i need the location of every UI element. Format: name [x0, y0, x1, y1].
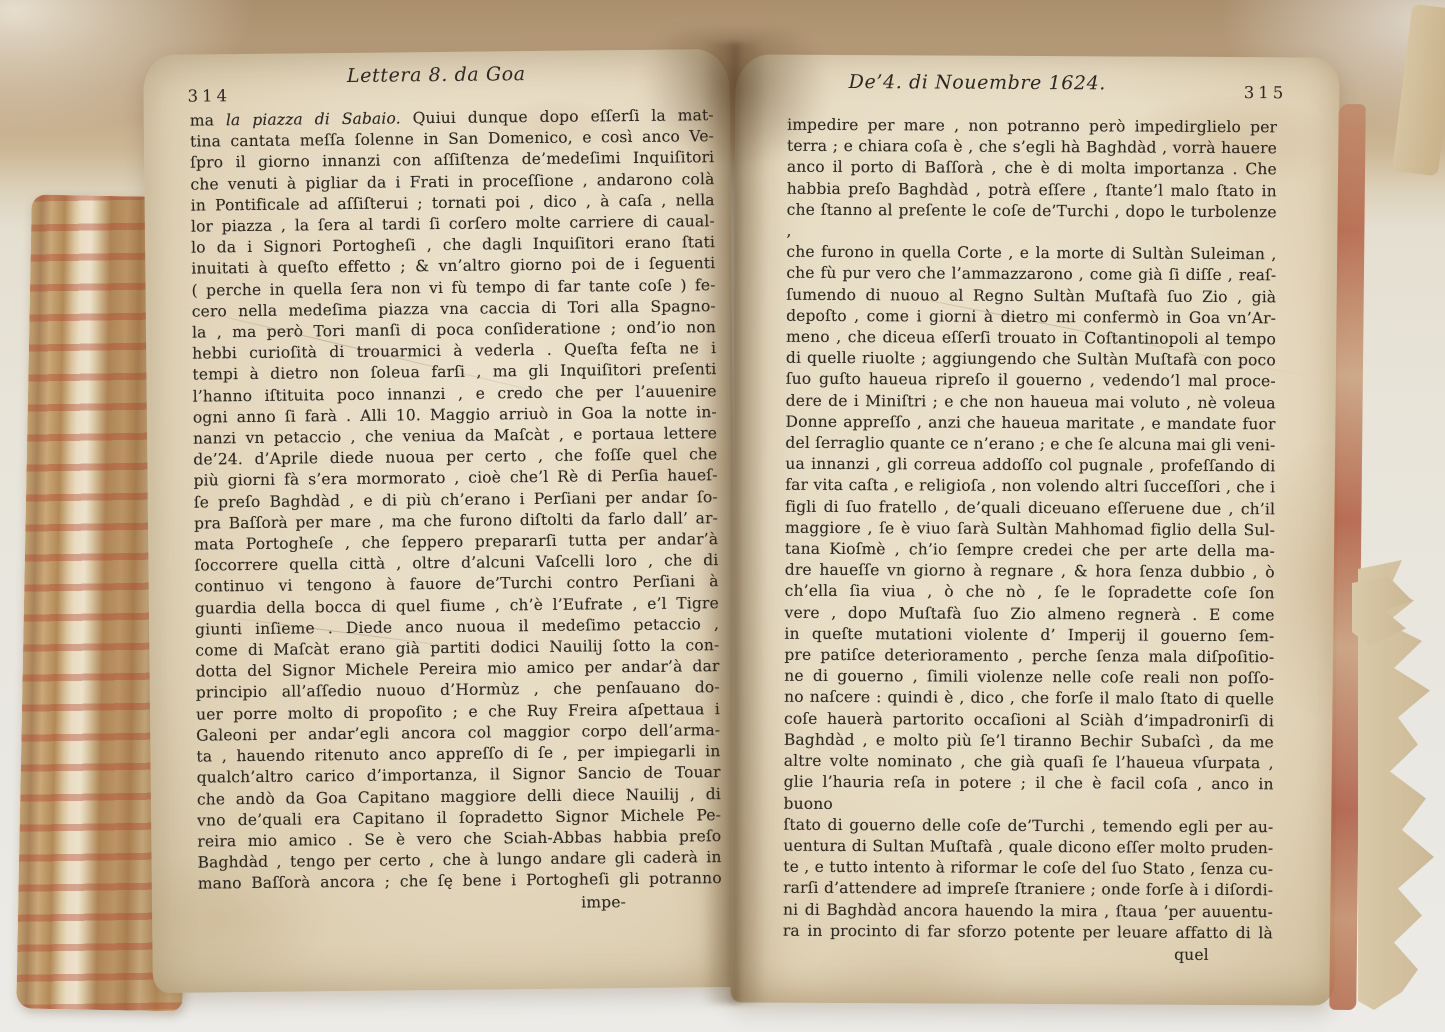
text-line: impedire per mare , non potranno però im…	[787, 115, 1277, 139]
right-text-lines: impedire per mare , non potranno però im…	[783, 115, 1277, 944]
text-line: ſtato di gouerno delle coſe de’Turchi , …	[783, 814, 1273, 838]
adjacent-page-corner	[1392, 4, 1445, 176]
text-line: ua innanzi , gli correua addoſſo col pug…	[785, 454, 1275, 478]
text-line: far vita caſta , e religioſa , non volen…	[785, 475, 1275, 499]
text-run: Quiui dunque dopo eſſerſi la mat-	[401, 106, 714, 127]
left-text-block: ma la piazza di Sabaio. Quiui dunque dop…	[190, 105, 722, 917]
page-number-right: 315	[1244, 83, 1288, 102]
text-line: depoſto , come i giorni à dietro mi conf…	[786, 306, 1276, 330]
text-line: maggiore , ſe è viuo ſarà Sultàn Mahhoma…	[785, 518, 1275, 542]
text-line: no naſcere : quindi è , dico , che forſe…	[784, 687, 1274, 711]
text-line: habbia preſo Baghdàd , potrà eſſere , ſt…	[787, 178, 1277, 202]
text-line: Donne appreſſo , anzi che haueua maritat…	[786, 412, 1276, 436]
text-line: ni di Baghdàd ancora hauendo la mira , ſ…	[783, 899, 1273, 923]
text-line: glie l’hauria reſa in potere ; il che è …	[784, 772, 1274, 817]
text-line: rarſi d’attendere ad impreſe ſtraniere ;…	[783, 878, 1273, 902]
left-page: Lettera 8. da Goa 314 ma la piazza di Sa…	[143, 49, 739, 993]
text-line: terra ; e chiara coſa è , che s’egli hà …	[787, 136, 1277, 160]
text-line: ſuo guſto haueua ripreſo il gouerno , ve…	[786, 369, 1276, 393]
text-line: dre haueſſe vn giorno à regnare , & hora…	[785, 560, 1275, 584]
running-header-left: Lettera 8. da Goa	[143, 61, 729, 89]
left-text-lines: tina cantata meſſa ſolenne in San Domeni…	[190, 126, 722, 895]
text-line: coſe hauerà partorito occaſioni al Sciàh…	[784, 708, 1274, 732]
text-line: meno , che diceua eſſerſi trouato in Coſ…	[786, 327, 1276, 351]
right-page: De’4. di Nouembre 1624. 315 impedire per…	[731, 54, 1340, 1005]
text-line: che fù pur vero che l’ammazzarono , come…	[786, 263, 1276, 287]
italic-text-run: la piazza di Sabaio.	[226, 109, 401, 129]
text-line: che furono in quella Corte , e la morte …	[786, 242, 1276, 266]
catchword-left: impe-	[198, 891, 722, 918]
text-line: ne di gouerno , ſimili violenze nelle co…	[784, 666, 1274, 690]
text-line: te , e tutto intento à riformar le coſe …	[783, 857, 1273, 881]
text-line: anco il porto di Baſſorà , che è di molt…	[787, 157, 1277, 181]
text-line: Baghdàd , e molto più ſe’l tiranno Bechi…	[784, 730, 1274, 754]
page-number-left: 314	[187, 86, 231, 105]
text-line: dere de i Miniſtri ; e che non haueua ma…	[786, 390, 1276, 414]
text-line: uentura di Sultan Muſtafà , quale dicono…	[783, 836, 1273, 860]
text-line: altre volte nominato , che già quaſi ſe …	[784, 751, 1274, 775]
running-header-right: De’4. di Nouembre 1624.	[735, 70, 1219, 95]
text-line: vere , dopo Muſtafà ſuo Zio almeno regne…	[785, 602, 1275, 626]
text-line: ra in procinto di far sforzo potente per…	[783, 920, 1273, 944]
text-line: pre patiſce deterioramento , perche ſenz…	[784, 645, 1274, 669]
text-line: del ſerraglio quante ce n’erano ; e che …	[785, 433, 1275, 457]
text-line: tana Kioſmè , ch’io ſempre credei che pe…	[785, 539, 1275, 563]
catchword-right: quel	[783, 943, 1273, 967]
text-line: in queſte mutationi violente d’ Imperij …	[784, 624, 1274, 648]
text-line: figli di ſuo fratello , de’quali diceuan…	[785, 496, 1275, 520]
text-line: che ſtanno al preſente le coſe de’Turchi…	[787, 200, 1277, 245]
text-line: ch’ella ſia viua , ò che nò , ſe le ſopr…	[785, 581, 1275, 605]
text-run: ma	[190, 111, 226, 129]
text-line: di quelle riuolte ; aggiungendo che Sult…	[786, 348, 1276, 372]
right-text-block: impedire per mare , non potranno però im…	[783, 115, 1277, 967]
antique-book-photo: Lettera 8. da Goa 314 ma la piazza di Sa…	[0, 0, 1445, 1032]
text-line: ſumendo di nuouo al Regno Sultàn Muſtafà…	[786, 284, 1276, 308]
